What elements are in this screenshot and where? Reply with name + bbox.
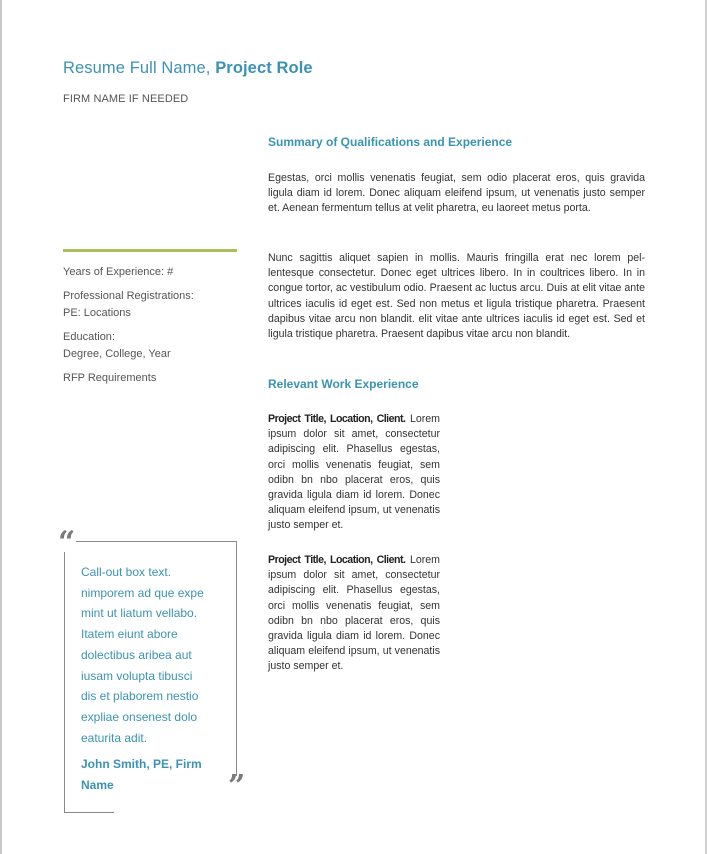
resume-title: Resume Full Name, Project Role bbox=[63, 59, 313, 78]
sidebar-label: Education: bbox=[63, 329, 243, 346]
callout-border-right bbox=[236, 541, 237, 776]
project-entry: Project Title, Location, Client. Lorem i… bbox=[268, 412, 440, 534]
callout-line: iusam volupta tibusci bbox=[81, 666, 231, 687]
divider-rule bbox=[63, 249, 237, 252]
page-edge-left bbox=[0, 0, 2, 854]
callout-line: eaturita adit. bbox=[81, 728, 231, 749]
callout-border-top bbox=[76, 541, 236, 542]
education: Education: Degree, College, Year bbox=[63, 329, 243, 363]
callout-line: Call-out box text. bbox=[81, 562, 231, 583]
years-of-experience: Years of Experience: # bbox=[63, 264, 243, 281]
sidebar-value: Degree, College, Year bbox=[63, 346, 243, 363]
summary-paragraph: Egestas, orci mollis venenatis feugiat, … bbox=[268, 171, 645, 217]
callout-line: Itatem eiunt abore bbox=[81, 624, 231, 645]
callout-text: Call-out box text. nimporem ad que expe … bbox=[81, 562, 231, 748]
callout-author: John Smith, PE, Firm Name bbox=[81, 754, 221, 795]
callout-border-left bbox=[64, 552, 65, 812]
project-title: Project Title, Location, Client. bbox=[268, 554, 405, 566]
project-description: Lorem ipsum dolor sit amet, consectetur … bbox=[268, 554, 440, 672]
sidebar-label: Years of Experience: # bbox=[63, 264, 243, 281]
project-title: Project Title, Location, Client. bbox=[268, 413, 405, 425]
project-role: Project Role bbox=[215, 59, 312, 77]
callout-line: mint ut liatum vellabo. bbox=[81, 603, 231, 624]
callout-line: dis et plaborem nestio bbox=[81, 686, 231, 707]
callout-line: nimporem ad que expe bbox=[81, 583, 231, 604]
callout-border-bottom bbox=[64, 812, 114, 813]
project-description: Lorem ipsum dolor sit amet, consectetur … bbox=[268, 413, 440, 531]
firm-name: FIRM NAME IF NEEDED bbox=[63, 93, 188, 105]
callout-line: dolectibus aribea aut bbox=[81, 645, 231, 666]
callout-author-line: John Smith, PE, Firm bbox=[81, 754, 221, 775]
professional-registrations: Professional Registrations: PE: Location… bbox=[63, 288, 243, 322]
summary-paragraph: Nunc sagittis aliquet sapien in mollis. … bbox=[268, 251, 645, 342]
project-entry: Project Title, Location, Client. Lorem i… bbox=[268, 553, 440, 675]
callout-author-line: Name bbox=[81, 775, 221, 796]
summary-heading: Summary of Qualifications and Experience bbox=[268, 134, 512, 150]
open-quote-icon: “ bbox=[58, 528, 75, 558]
sidebar-value: PE: Locations bbox=[63, 305, 243, 322]
close-quote-icon: ” bbox=[228, 772, 245, 802]
work-experience-heading: Relevant Work Experience bbox=[268, 376, 419, 392]
rfp-requirements: RFP Requirements bbox=[63, 370, 243, 387]
sidebar-label: Professional Registrations: bbox=[63, 288, 243, 305]
callout-line: expliae onsenest dolo bbox=[81, 707, 231, 728]
sidebar-details: Years of Experience: # Professional Regi… bbox=[63, 264, 243, 394]
resume-name: Resume Full Name, bbox=[63, 59, 211, 77]
sidebar-label: RFP Requirements bbox=[63, 370, 243, 387]
